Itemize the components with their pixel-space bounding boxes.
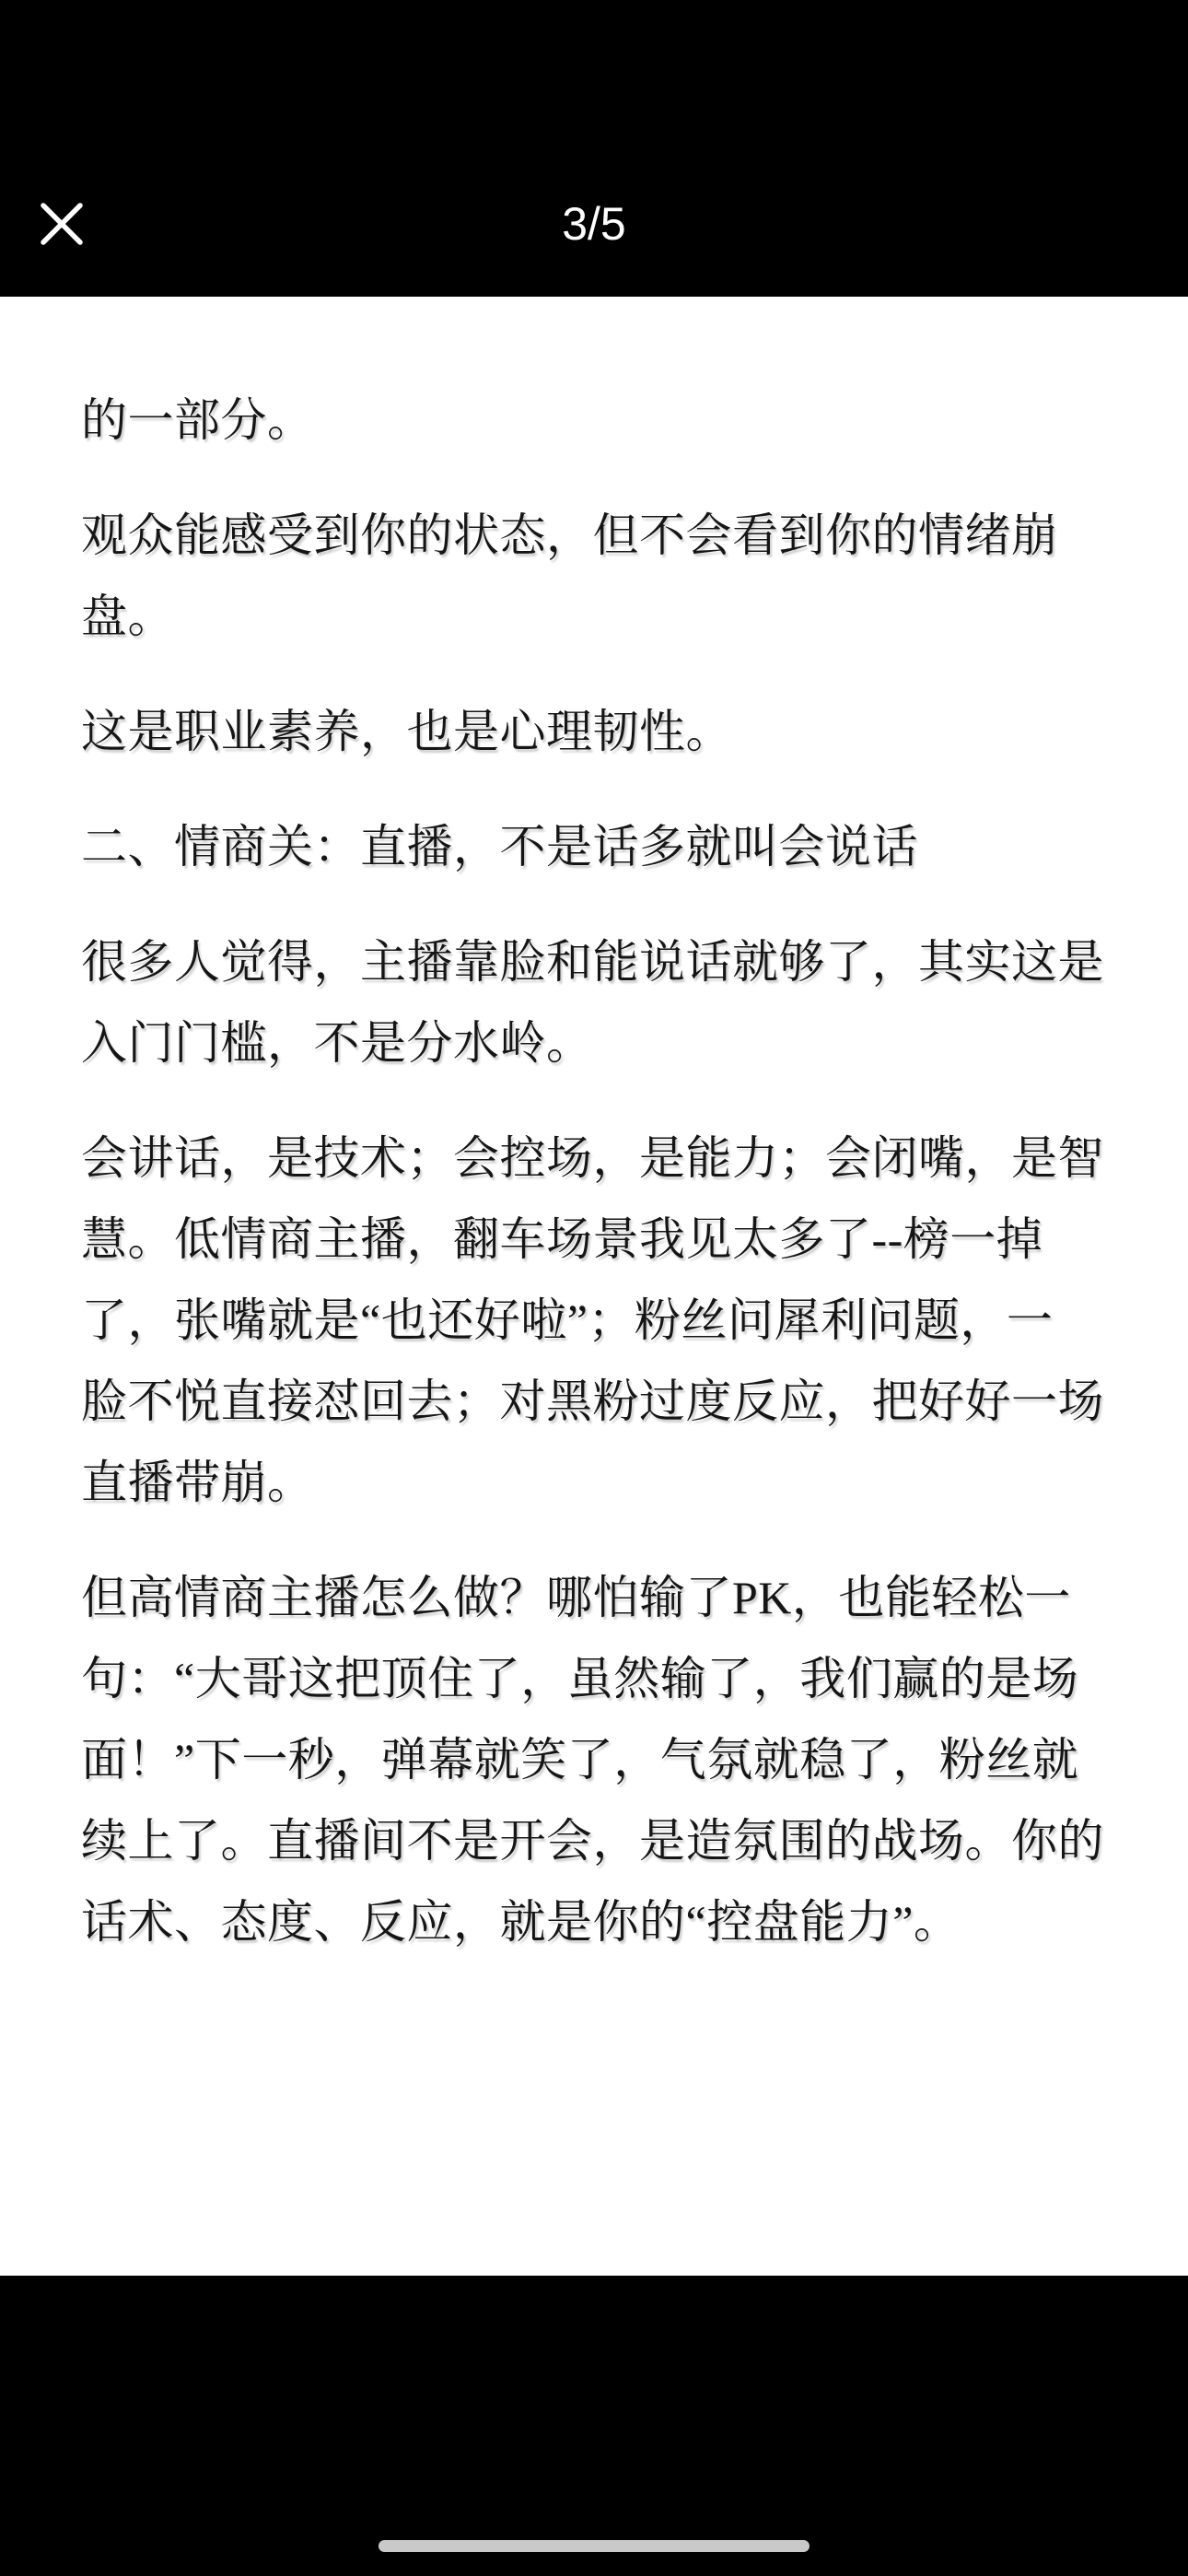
document-page[interactable]: 的一部分。 观众能感受到你的状态，但不会看到你的情绪崩 盘。 这是职业素养，也是… — [0, 297, 1188, 2276]
close-button[interactable] — [28, 190, 96, 258]
close-icon — [38, 200, 86, 248]
paragraph: 这是职业素养，也是心理韧性。 — [81, 691, 1107, 772]
section-heading: 二、情商关：直播，不是话多就叫会说话 — [81, 806, 1107, 887]
paragraph: 很多人觉得，主播靠脸和能说话就够了，其实这是 入门门槛，不是分水岭。 — [81, 921, 1107, 1083]
footer-bar — [0, 2276, 1188, 2576]
paragraph: 的一部分。 — [81, 380, 1107, 461]
home-indicator[interactable] — [379, 2540, 809, 2552]
paragraph: 会讲话，是技术；会控场，是能力；会闭嘴，是智 慧。低情商主播，翻车场景我见太多了… — [81, 1118, 1107, 1523]
screen: 3/5 的一部分。 观众能感受到你的状态，但不会看到你的情绪崩 盘。 这是职业素… — [0, 0, 1188, 2576]
paragraph: 观众能感受到你的状态，但不会看到你的情绪崩 盘。 — [81, 495, 1107, 657]
paragraph: 但高情商主播怎么做？哪怕输了PK，也能轻松一 句：“大哥这把顶住了，虽然输了，我… — [81, 1557, 1107, 1962]
page-indicator: 3/5 — [0, 197, 1188, 251]
header-bar: 3/5 — [0, 0, 1188, 297]
